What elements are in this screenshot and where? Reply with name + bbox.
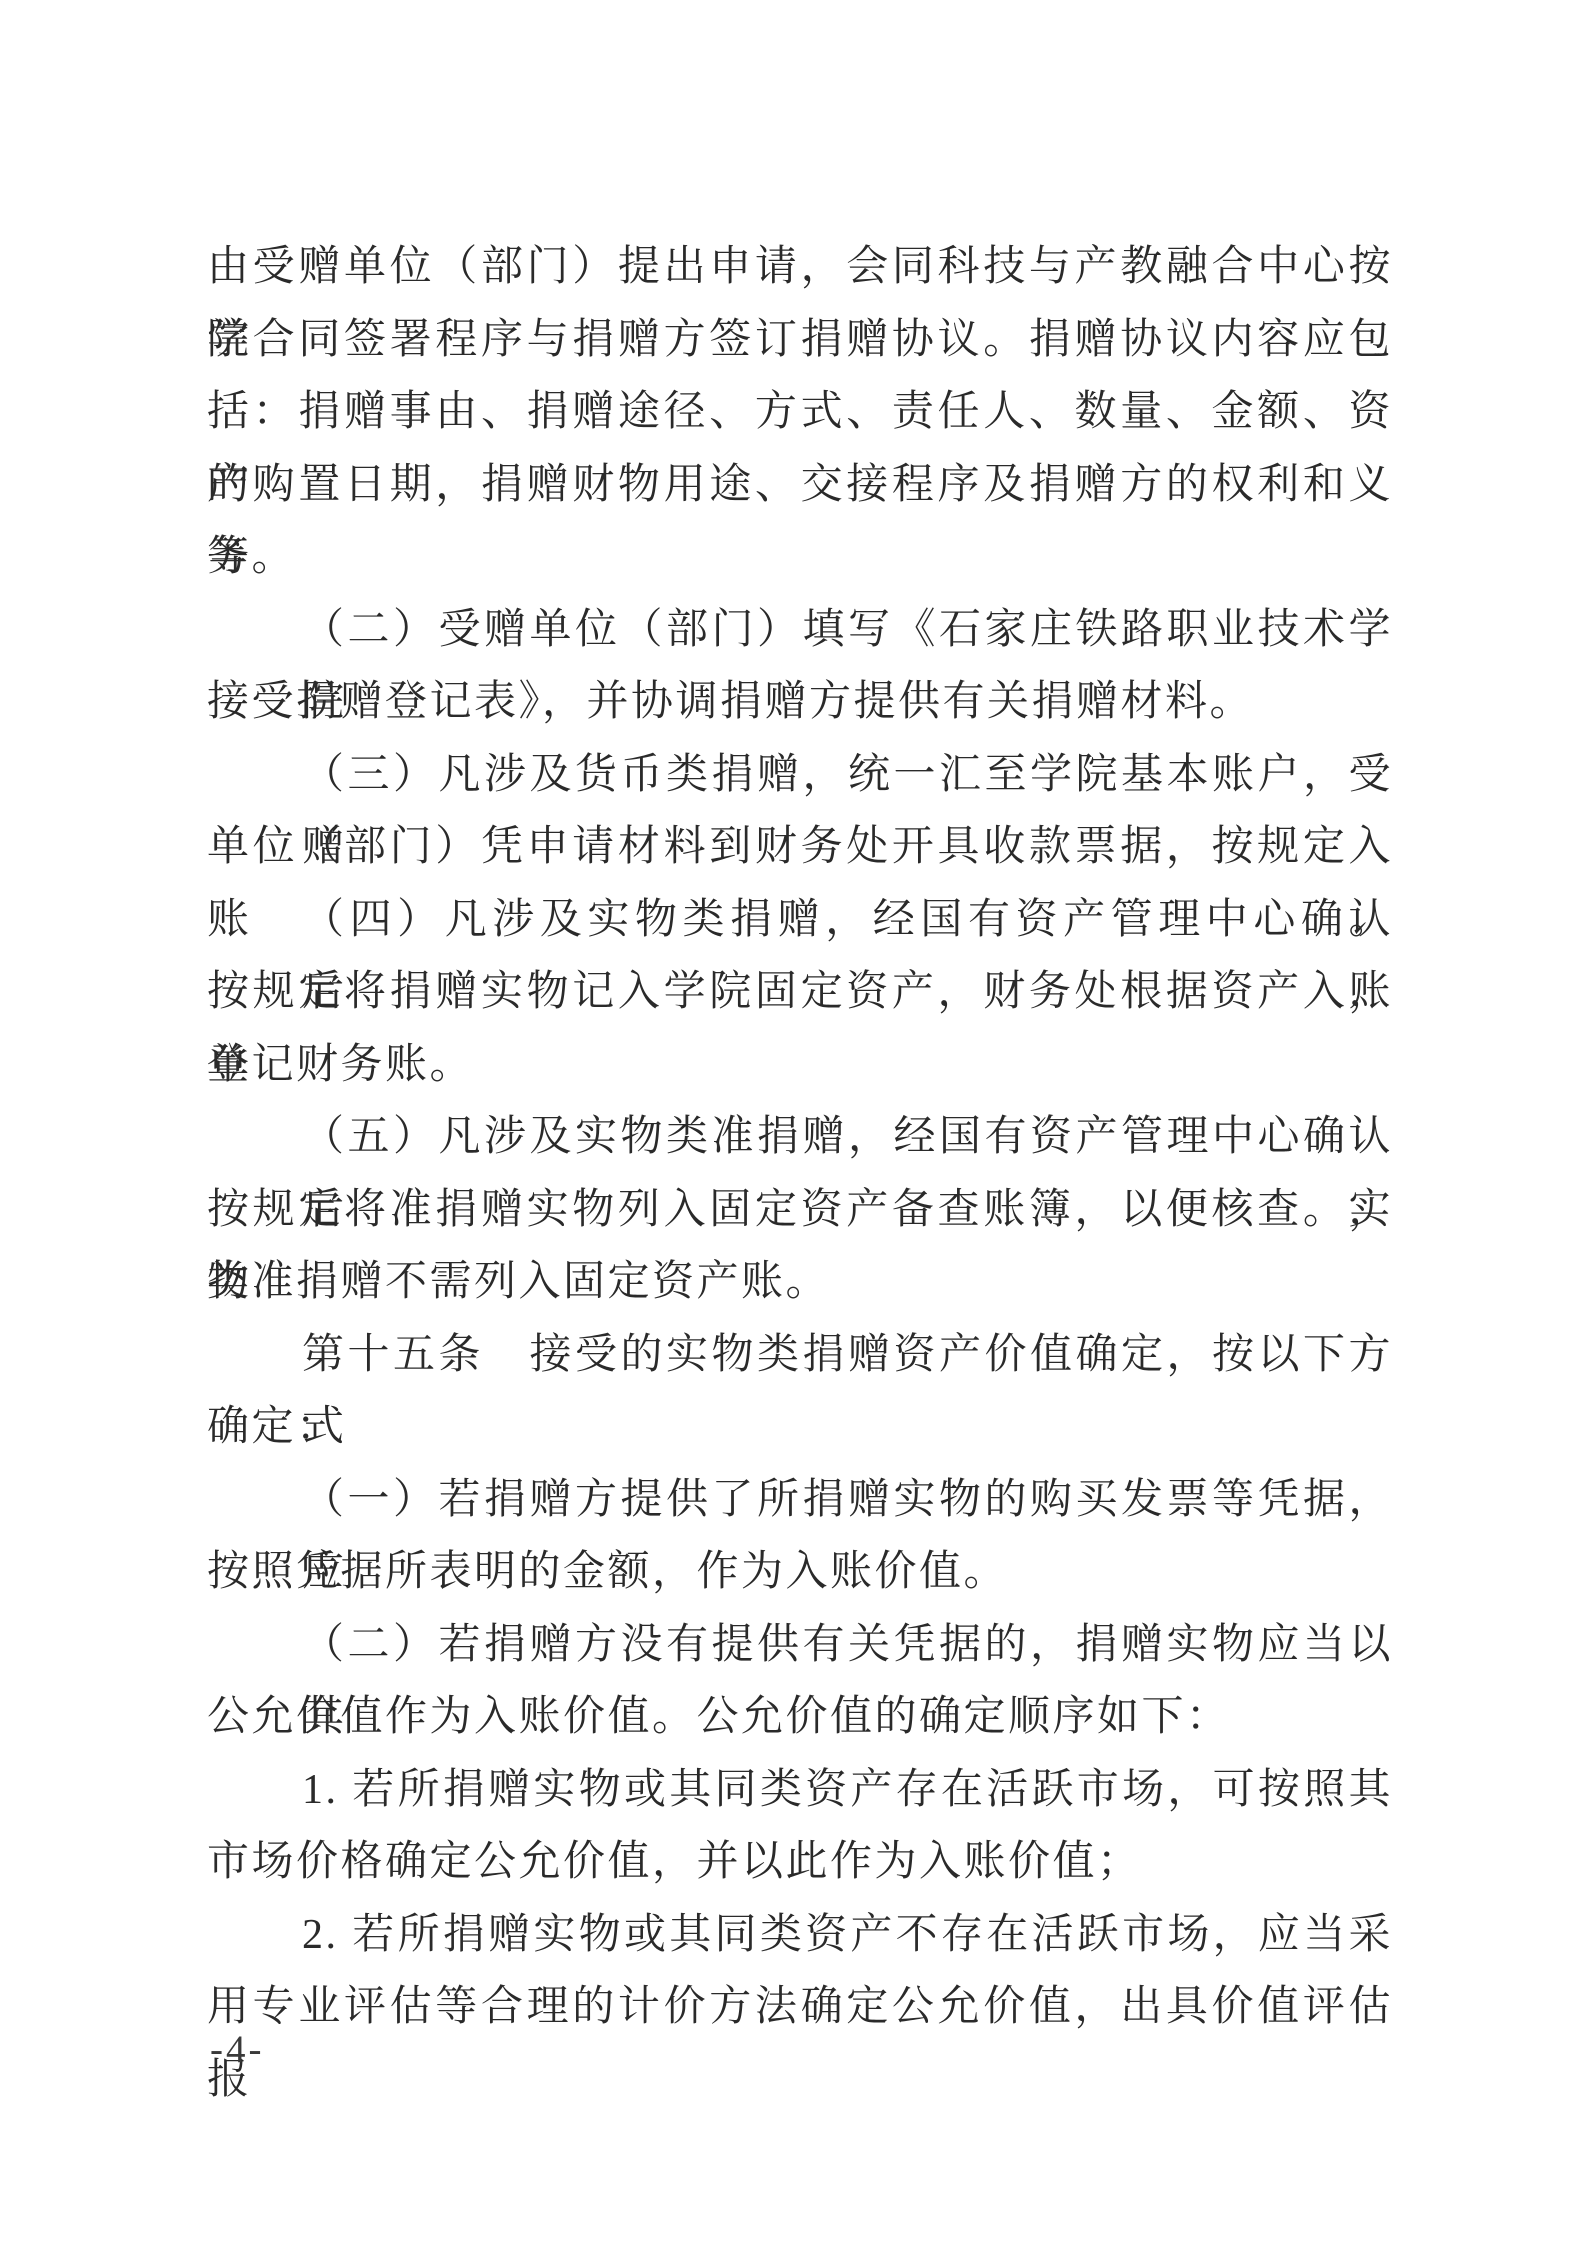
text-line: 按规定将准捐赠实物列入固定资产备查账簿，以便核查。实物	[207, 1174, 1393, 1247]
text-line: 由受赠单位（部门）提出申请，会同科技与产教融合中心按学	[207, 231, 1393, 304]
document-page: 由受赠单位（部门）提出申请，会同科技与产教融合中心按学院合同签署程序与捐赠方签订…	[0, 0, 1587, 2245]
text-line: 类准捐赠不需列入固定资产账。	[207, 1246, 1393, 1319]
text-line: 院合同签署程序与捐赠方签订捐赠协议。捐赠协议内容应包	[207, 304, 1393, 377]
text-line: 第十五条 接受的实物类捐赠资产价值确定，按以下方式	[207, 1319, 1393, 1392]
text-line: （二）受赠单位（部门）填写《石家庄铁路职业技术学院	[207, 594, 1393, 667]
text-line: 按照凭据所表明的金额，作为入账价值。	[207, 1536, 1393, 1609]
document-body: 由受赠单位（部门）提出申请，会同科技与产教融合中心按学院合同签署程序与捐赠方签订…	[207, 231, 1393, 2044]
text-line: 公允价值作为入账价值。公允价值的确定顺序如下：	[207, 1681, 1393, 1754]
text-line: （三）凡涉及货币类捐赠，统一汇至学院基本账户，受赠	[207, 739, 1393, 812]
page-number: -4-	[210, 2022, 264, 2078]
text-line: （五）凡涉及实物类准捐赠，经国有资产管理中心确认后，	[207, 1101, 1393, 1174]
text-line: 等。	[207, 521, 1393, 594]
text-line: 接受捐赠登记表》，并协调捐赠方提供有关捐赠材料。	[207, 666, 1393, 739]
text-line: 确定：	[207, 1391, 1393, 1464]
text-line: （一）若捐赠方提供了所捐赠实物的购买发票等凭据，应	[207, 1464, 1393, 1537]
text-line: 市场价格确定公允价值，并以此作为入账价值；	[207, 1826, 1393, 1899]
text-line: 1. 若所捐赠实物或其同类资产存在活跃市场，可按照其	[207, 1754, 1393, 1827]
text-line: 单位（部门）凭申请材料到财务处开具收款票据，按规定入账。	[207, 811, 1393, 884]
text-line: 的购置日期，捐赠财物用途、交接程序及捐赠方的权利和义务	[207, 449, 1393, 522]
text-line: 按规定将捐赠实物记入学院固定资产，财务处根据资产入账单	[207, 956, 1393, 1029]
text-line: 括：捐赠事由、捐赠途径、方式、责任人、数量、金额、资产	[207, 376, 1393, 449]
text-line: （四）凡涉及实物类捐赠，经国有资产管理中心确认后，	[207, 884, 1393, 957]
text-line: 用专业评估等合理的计价方法确定公允价值，出具价值评估报	[207, 1971, 1393, 2044]
text-line: 登记财务账。	[207, 1029, 1393, 1102]
text-line: 2. 若所捐赠实物或其同类资产不存在活跃市场，应当采	[207, 1899, 1393, 1972]
text-line: （二）若捐赠方没有提供有关凭据的，捐赠实物应当以其	[207, 1609, 1393, 1682]
